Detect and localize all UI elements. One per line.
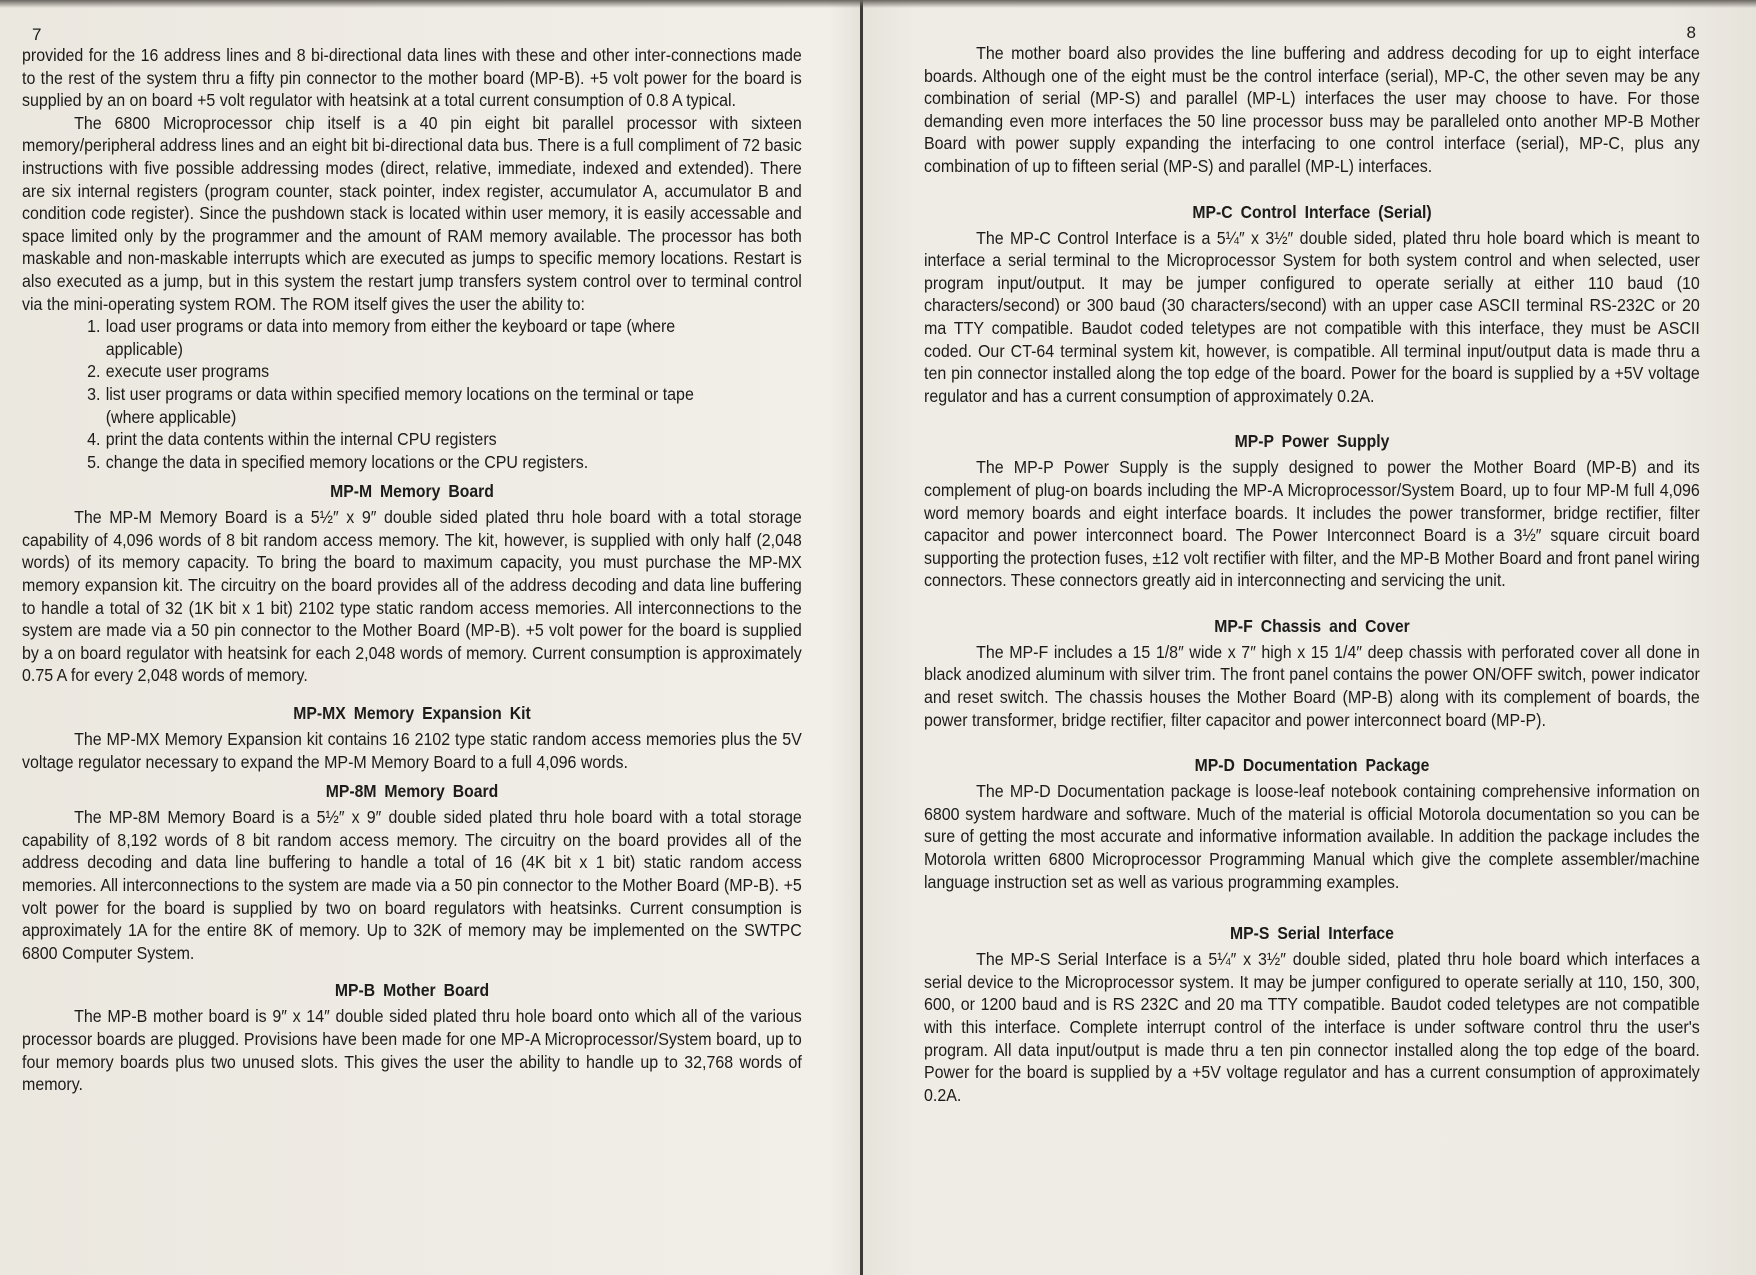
section-heading-mp-s: MP-S Serial Interface	[963, 922, 1661, 944]
list-number: 2.	[87, 360, 106, 383]
section-heading-mp-d: MP-D Documentation Package	[963, 754, 1661, 776]
left-page: 7 provided for the 16 address lines and …	[0, 0, 862, 1275]
section-body-mp-mx: The MP-MX Memory Expansion kit contains …	[22, 728, 802, 773]
section-body-mp-m: The MP-M Memory Board is a 5½″ x 9″ doub…	[22, 506, 802, 687]
right-page: 8 The mother board also provides the lin…	[862, 0, 1756, 1275]
list-text: print the data contents within the inter…	[106, 428, 497, 451]
list-item: 3.list user programs or data within spec…	[87, 383, 711, 428]
section-heading-mp-m: MP-M Memory Board	[61, 480, 763, 502]
section-body-mp-s: The MP-S Serial Interface is a 5¼″ x 3½″…	[924, 948, 1700, 1106]
list-number: 3.	[87, 383, 106, 428]
list-text: execute user programs	[106, 360, 269, 383]
section-body-mp-8m: The MP-8M Memory Board is a 5½″ x 9″ dou…	[22, 806, 802, 964]
section-heading-mp-c: MP-C Control Interface (Serial)	[963, 201, 1661, 223]
page-number: 8	[924, 24, 1696, 42]
list-text: list user programs or data within specif…	[106, 383, 711, 428]
list-number: 1.	[87, 315, 106, 360]
section-heading-mp-b: MP-B Mother Board	[61, 979, 763, 1001]
intro-paragraph: provided for the 16 address lines and 8 …	[22, 44, 802, 112]
list-item: 5.change the data in specified memory lo…	[87, 451, 711, 474]
section-heading-mp-p: MP-P Power Supply	[963, 430, 1661, 452]
list-text: load user programs or data into memory f…	[106, 315, 711, 360]
scan-top-shadow	[0, 0, 1756, 8]
section-heading-mp-mx: MP-MX Memory Expansion Kit	[61, 702, 763, 724]
intro-paragraph: The 6800 Microprocessor chip itself is a…	[22, 112, 802, 315]
list-text: change the data in specified memory loca…	[106, 451, 588, 474]
list-number: 4.	[87, 428, 106, 451]
section-heading-mp-f: MP-F Chassis and Cover	[963, 615, 1661, 637]
list-item: 4.print the data contents within the int…	[87, 428, 711, 451]
page-number: 7	[32, 26, 802, 44]
section-heading-mp-8m: MP-8M Memory Board	[61, 780, 763, 802]
page-gutter	[860, 0, 863, 1275]
intro-paragraph: The mother board also provides the line …	[924, 42, 1700, 178]
rom-abilities-list: 1.load user programs or data into memory…	[22, 315, 711, 473]
section-body-mp-b: The MP-B mother board is 9″ x 14″ double…	[22, 1005, 802, 1095]
list-item: 2.execute user programs	[87, 360, 711, 383]
list-item: 1.load user programs or data into memory…	[87, 315, 711, 360]
section-body-mp-f: The MP-F includes a 15 1/8″ wide x 7″ hi…	[924, 641, 1700, 731]
section-body-mp-d: The MP-D Documentation package is loose-…	[924, 780, 1700, 893]
booklet-spread: 7 provided for the 16 address lines and …	[0, 0, 1756, 1275]
section-body-mp-p: The MP-P Power Supply is the supply desi…	[924, 456, 1700, 592]
section-body-mp-c: The MP-C Control Interface is a 5¼″ x 3½…	[924, 227, 1700, 408]
list-number: 5.	[87, 451, 106, 474]
